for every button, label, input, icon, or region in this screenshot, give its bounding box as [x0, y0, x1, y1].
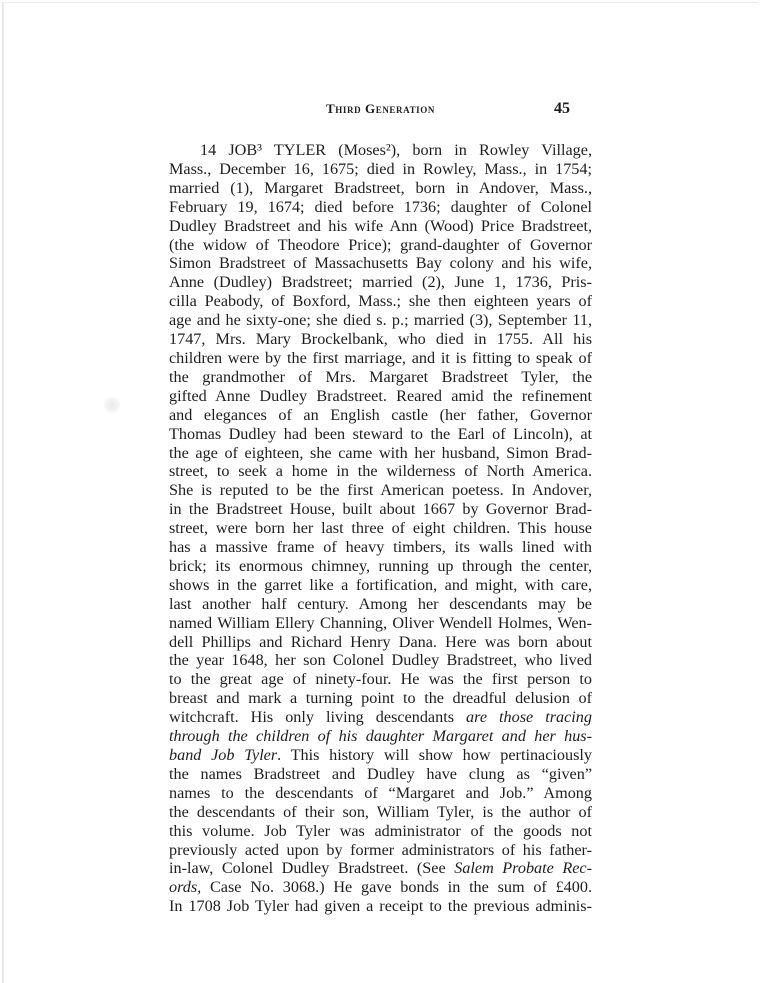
text-run: She is reputed to be the first American … — [169, 481, 592, 499]
text-line: to the great age of ninety-four. He was … — [169, 670, 592, 689]
text-line: the age of eighteen, she came with her h… — [169, 444, 592, 463]
text-line: the descendants of their son, William Ty… — [169, 803, 592, 822]
page-header: Third Generation 45 — [169, 101, 592, 119]
text-line: ords, Case No. 3068.) He gave bonds in t… — [169, 878, 592, 897]
page-number: 45 — [554, 100, 570, 118]
text-run: brick; its enormous chimney, running up … — [169, 557, 592, 575]
text-run: the descendants of their son, William Ty… — [169, 803, 592, 821]
text-run: Dudley Bradstreet and his wife Ann (Wood… — [169, 217, 592, 235]
text-run: age and he sixty-one; she died s. p.; ma… — [169, 311, 592, 329]
text-run: shows in the garret like a fortification… — [169, 576, 592, 594]
text-line: gifted Anne Dudley Bradstreet. Reared am… — [169, 387, 592, 406]
text-line: the grandmother of Mrs. Margaret Bradstr… — [169, 368, 592, 387]
text-line: February 19, 1674; died before 1736; dau… — [169, 198, 592, 217]
text-line: street, were born her last three of eigh… — [169, 519, 592, 538]
body-paragraph: 14 JOB³ TYLER (Moses²), born in Rowley V… — [169, 141, 592, 916]
text-run: in-law, Colonel Dudley Bradstreet. (See — [169, 859, 454, 877]
text-line: shows in the garret like a fortification… — [169, 576, 592, 595]
italic-text: Salem Probate Rec- — [454, 859, 592, 877]
text-run: dell Phillips and Richard Henry Dana. He… — [169, 633, 592, 651]
text-line: Dudley Bradstreet and his wife Ann (Wood… — [169, 217, 592, 236]
text-line: 14 JOB³ TYLER (Moses²), born in Rowley V… — [169, 141, 592, 160]
text-line: the names Bradstreet and Dudley have clu… — [169, 765, 592, 784]
text-run: witchcraft. His only living descendants — [169, 708, 466, 726]
text-run: children were by the first marriage, and… — [169, 349, 592, 367]
text-line: named William Ellery Channing, Oliver We… — [169, 614, 592, 633]
text-run: Thomas Dudley had been steward to the Ea… — [169, 425, 592, 443]
text-run: (the widow of Theodore Price); grand-dau… — [169, 236, 592, 254]
text-line: age and he sixty-one; she died s. p.; ma… — [169, 311, 592, 330]
text-run: . This history will show how pertinaciou… — [277, 746, 592, 764]
text-line: through the children of his daughter Mar… — [169, 727, 592, 746]
text-run: has a massive frame of heavy timbers, it… — [169, 538, 592, 556]
text-run: 1747, Mrs. Mary Brockelbank, who died in… — [169, 330, 592, 348]
text-line: the year 1648, her son Colonel Dudley Br… — [169, 651, 592, 670]
text-run: married (1), Margaret Bradstreet, born i… — [169, 179, 592, 197]
text-run: names to the descendants of “Margaret an… — [169, 784, 592, 802]
text-run: breast and mark a turning point to the d… — [169, 689, 592, 707]
text-run: cilla Peabody, of Boxford, Mass.; she th… — [169, 292, 592, 310]
scan-smudge — [104, 397, 120, 413]
text-run: 14 JOB³ TYLER (Moses²), born in Rowley V… — [200, 141, 592, 159]
text-line: band Job Tyler. This history will show h… — [169, 746, 592, 765]
text-line: has a massive frame of heavy timbers, it… — [169, 538, 592, 557]
text-line: In 1708 Job Tyler had given a receipt to… — [169, 897, 592, 916]
text-run: the grandmother of Mrs. Margaret Bradstr… — [169, 368, 592, 386]
text-line: street, to seek a home in the wilderness… — [169, 462, 592, 481]
text-run: In 1708 Job Tyler had given a receipt to… — [169, 897, 592, 915]
text-line: Mass., December 16, 1675; died in Rowley… — [169, 160, 592, 179]
text-line: Simon Bradstreet of Massachusetts Bay co… — [169, 254, 592, 273]
text-line: in-law, Colonel Dudley Bradstreet. (See … — [169, 859, 592, 878]
text-run: Anne (Dudley) Bradstreet; married (2), J… — [169, 273, 592, 291]
italic-text: are those tracing — [466, 708, 592, 726]
text-line: She is reputed to be the first American … — [169, 481, 592, 500]
text-run: to the great age of ninety-four. He was … — [169, 670, 592, 688]
text-line: Thomas Dudley had been steward to the Ea… — [169, 425, 592, 444]
text-line: in the Bradstreet House, built about 166… — [169, 500, 592, 519]
text-run: the age of eighteen, she came with her h… — [169, 444, 592, 462]
italic-text: band Job Tyler — [169, 746, 277, 764]
text-run: last another half century. Among her des… — [169, 595, 592, 613]
text-run: named William Ellery Channing, Oliver We… — [169, 614, 592, 632]
text-line: dell Phillips and Richard Henry Dana. He… — [169, 633, 592, 652]
running-head: Third Generation — [169, 101, 592, 117]
text-run: Simon Bradstreet of Massachusetts Bay co… — [169, 254, 592, 272]
text-line: brick; its enormous chimney, running up … — [169, 557, 592, 576]
italic-text: ords, — [169, 878, 201, 896]
text-run: gifted Anne Dudley Bradstreet. Reared am… — [169, 387, 592, 405]
text-run: the year 1648, her son Colonel Dudley Br… — [169, 651, 592, 669]
italic-text: through the children of his daughter Mar… — [169, 727, 592, 745]
text-run: and elegances of an English castle (her … — [169, 406, 592, 424]
text-line: and elegances of an English castle (her … — [169, 406, 592, 425]
text-line: previously acted upon by former administ… — [169, 841, 592, 860]
text-line: names to the descendants of “Margaret an… — [169, 784, 592, 803]
text-run: street, to seek a home in the wilderness… — [169, 462, 592, 480]
text-run: street, were born her last three of eigh… — [169, 519, 592, 537]
text-run: February 19, 1674; died before 1736; dau… — [169, 198, 592, 216]
text-line: witchcraft. His only living descendants … — [169, 708, 592, 727]
text-line: married (1), Margaret Bradstreet, born i… — [169, 179, 592, 198]
text-line: (the widow of Theodore Price); grand-dau… — [169, 236, 592, 255]
text-line: cilla Peabody, of Boxford, Mass.; she th… — [169, 292, 592, 311]
text-run: this volume. Job Tyler was administrator… — [169, 822, 592, 840]
text-run: Mass., December 16, 1675; died in Rowley… — [169, 160, 592, 178]
text-run: in the Bradstreet House, built about 166… — [169, 500, 592, 518]
text-line: Anne (Dudley) Bradstreet; married (2), J… — [169, 273, 592, 292]
text-line: breast and mark a turning point to the d… — [169, 689, 592, 708]
text-line: this volume. Job Tyler was administrator… — [169, 822, 592, 841]
text-line: 1747, Mrs. Mary Brockelbank, who died in… — [169, 330, 592, 349]
text-run: previously acted upon by former administ… — [169, 841, 592, 859]
text-run: the names Bradstreet and Dudley have clu… — [169, 765, 592, 783]
text-line: children were by the first marriage, and… — [169, 349, 592, 368]
text-line: last another half century. Among her des… — [169, 595, 592, 614]
text-run: Case No. 3068.) He gave bonds in the sum… — [201, 878, 592, 896]
